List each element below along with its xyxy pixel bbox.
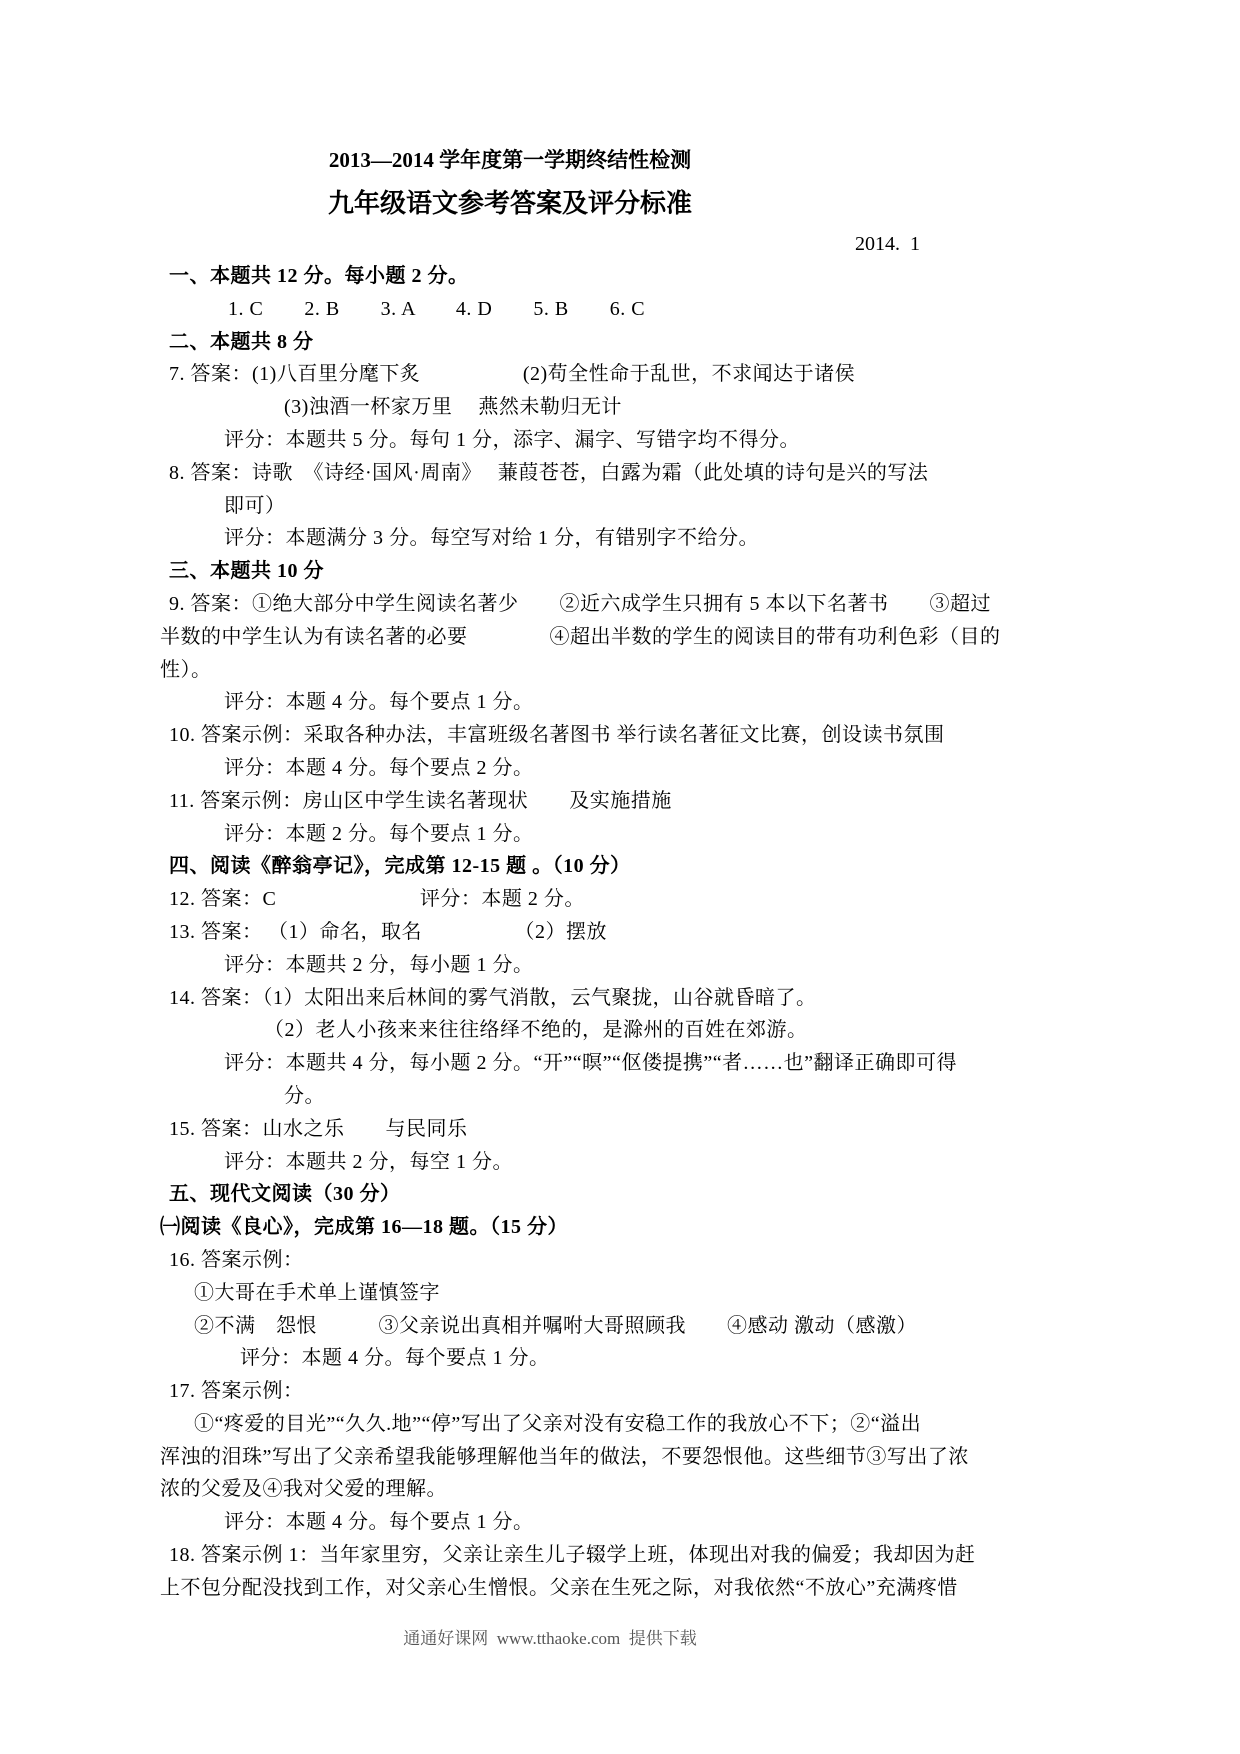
q14-answer: 14. 答案：（1）太阳出来后林间的雾气消散，云气聚拢，山谷就昏暗了。 (169, 982, 1090, 1015)
section-2-heading: 二、本题共 8 分 (169, 326, 1090, 359)
q15-grading: 评分：本题共 2 分，每空 1 分。 (224, 1146, 1090, 1179)
part-1-heading: ㈠阅读《良心》，完成第 16—18 题。（15 分） (160, 1211, 1090, 1244)
q18-answer-cont: 上不包分配没找到工作，对父亲心生憎恨。父亲在生死之际，对我依然“不放心”充满疼惜 (160, 1572, 1090, 1605)
q9-grading: 评分：本题 4 分。每个要点 1 分。 (224, 686, 1090, 719)
section-5-heading: 五、现代文阅读（30 分） (169, 1178, 1090, 1211)
q14-grading-cont: 分。 (284, 1080, 1090, 1113)
section-1-heading: 一、本题共 12 分。每小题 2 分。 (169, 260, 1090, 293)
q16-answer-label: 16. 答案示例： (169, 1244, 1090, 1277)
q9-answer-cont2: 性）。 (160, 654, 1090, 687)
q10-grading: 评分：本题 4 分。每个要点 2 分。 (224, 752, 1090, 785)
q17-answer-line3: 浓的父爱及④我对父爱的理解。 (160, 1473, 1090, 1506)
section-4-heading: 四、阅读《醉翁亭记》，完成第 12-15 题 。（10 分） (169, 850, 1090, 883)
document-date: 2014. 1 (855, 228, 1090, 260)
q17-grading: 评分：本题 4 分。每个要点 1 分。 (224, 1506, 1090, 1539)
q17-answer-label: 17. 答案示例： (169, 1375, 1090, 1408)
q11-grading: 评分：本题 2 分。每个要点 1 分。 (224, 818, 1090, 851)
document-title-line2: 九年级语文参考答案及评分标准 (160, 180, 860, 228)
q16-points-2-4: ②不满 怨恨 ③父亲说出真相并嘱咐大哥照顾我 ④感动 激动（感激） (194, 1310, 1090, 1343)
q11-answer: 11. 答案示例：房山区中学生读名著现状 及实施措施 (169, 785, 1090, 818)
q15-answer: 15. 答案：山水之乐 与民同乐 (169, 1113, 1090, 1146)
q1-6-answers: 1. C 2. B 3. A 4. D 5. B 6. C (228, 293, 1090, 326)
footer-watermark: 通通好课网 www.tthaoke.com 提供下载 (160, 1624, 940, 1649)
q7-grading: 评分：本题共 5 分。每句 1 分，添字、漏字、写错字均不得分。 (224, 424, 1090, 457)
q17-answer-line1: ①“疼爱的目光”“久久.地”“停”写出了父亲对没有安稳工作的我放心不下；②“溢出 (194, 1408, 1090, 1441)
q13-answer: 13. 答案： （1）命名，取名 （2）摆放 (169, 916, 1090, 949)
q18-answer: 18. 答案示例 1：当年家里穷，父亲让亲生儿子辍学上班，体现出对我的偏爱；我却… (169, 1539, 1090, 1572)
document-title-line1: 2013—2014 学年度第一学期终结性检测 (160, 140, 860, 180)
document-page: 2013—2014 学年度第一学期终结性检测 九年级语文参考答案及评分标准 20… (0, 0, 1240, 1754)
q16-grading: 评分：本题 4 分。每个要点 1 分。 (240, 1342, 1090, 1375)
q10-answer: 10. 答案示例：采取各种办法，丰富班级名著图书 举行读名著征文比赛，创设读书氛… (169, 719, 1090, 752)
q7-answer: 7. 答案：(1)八百里分麾下炙 (2)苟全性命于乱世，不求闻达于诸侯 (169, 358, 1090, 391)
q9-answer-cont1: 半数的中学生认为有读名著的必要 ④超出半数的学生的阅读目的带有功利色彩（目的 (160, 621, 1090, 654)
q8-answer-cont: 即可） (224, 490, 1090, 523)
q13-grading: 评分：本题共 2 分，每小题 1 分。 (224, 949, 1090, 982)
q8-answer: 8. 答案：诗歌 《诗经·国风·周南》 蒹葭苍苍，白露为霜（此处填的诗句是兴的写… (169, 457, 1090, 490)
q12-answer: 12. 答案：C 评分：本题 2 分。 (169, 883, 1090, 916)
q17-answer-line2: 浑浊的泪珠”写出了父亲希望我能够理解他当年的做法，不要怨恨他。这些细节③写出了浓 (160, 1441, 1090, 1474)
q14-grading: 评分：本题共 4 分，每小题 2 分。“开”“暝”“伛偻提携”“者……也”翻译正… (224, 1047, 1090, 1080)
q7-answer-cont: (3)浊酒一杯家万里 燕然未勒归无计 (284, 391, 1090, 424)
section-3-heading: 三、本题共 10 分 (169, 555, 1090, 588)
q16-point-1: ①大哥在手术单上谨慎签字 (194, 1277, 1090, 1310)
title-block: 2013—2014 学年度第一学期终结性检测 九年级语文参考答案及评分标准 (160, 140, 860, 228)
q9-answer: 9. 答案：①绝大部分中学生阅读名著少 ②近六成学生只拥有 5 本以下名著书 ③… (169, 588, 1090, 621)
q14-answer-cont: （2）老人小孩来来往往络绎不绝的，是滁州的百姓在郊游。 (264, 1014, 1090, 1047)
q8-grading: 评分：本题满分 3 分。每空写对给 1 分，有错别字不给分。 (224, 522, 1090, 555)
document-content: 2013—2014 学年度第一学期终结性检测 九年级语文参考答案及评分标准 20… (160, 140, 1090, 1605)
